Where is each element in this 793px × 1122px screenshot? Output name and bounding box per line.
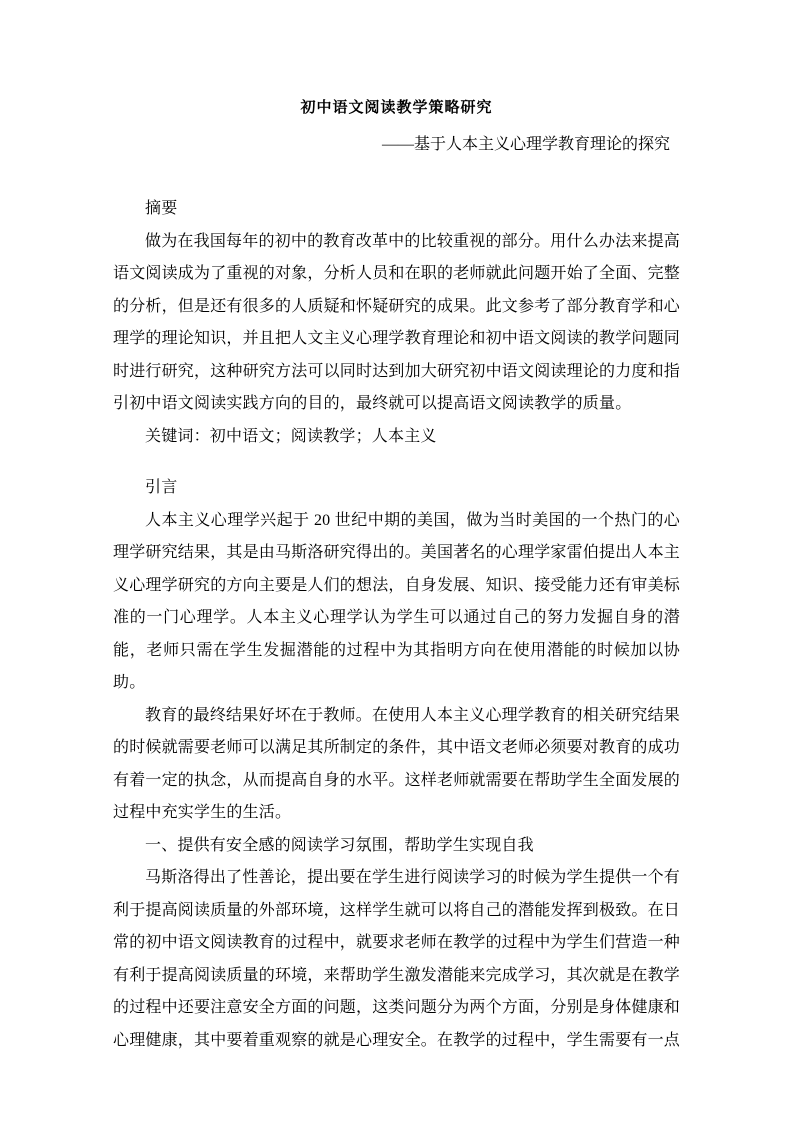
document-content: 初中语文阅读教学策略研究 ——基于人本主义心理学教育理论的探究 摘要 做为在我国… [0,0,793,1057]
section-1-heading: 一、提供有安全感的阅读学习氛围，帮助学生实现自我 [113,830,680,863]
intro-paragraph-2: 教育的最终结果好坏在于教师。在使用人本主义心理学教育的相关研究结果的时候就需要老… [113,700,680,830]
abstract-heading: 摘要 [113,193,680,226]
document-title: 初中语文阅读教学策略研究 [113,91,680,124]
document-subtitle: ——基于人本主义心理学教育理论的探究 [113,128,680,161]
document-page: 初中语文阅读教学策略研究 ——基于人本主义心理学教育理论的探究 摘要 做为在我国… [0,0,793,1122]
abstract-paragraph: 做为在我国每年的初中的教育改革中的比较重视的部分。用什么办法来提高语文阅读成为了… [113,226,680,421]
keywords-line: 关键词：初中语文；阅读教学；人本主义 [113,421,680,454]
section-1-paragraph: 马斯洛得出了性善论，提出要在学生进行阅读学习的时候为学生提供一个有利于提高阅读质… [113,862,680,1057]
intro-paragraph-1: 人本主义心理学兴起于 20 世纪中期的美国，做为当时美国的一个热门的心理学研究结… [113,505,680,700]
introduction-heading: 引言 [113,472,680,505]
